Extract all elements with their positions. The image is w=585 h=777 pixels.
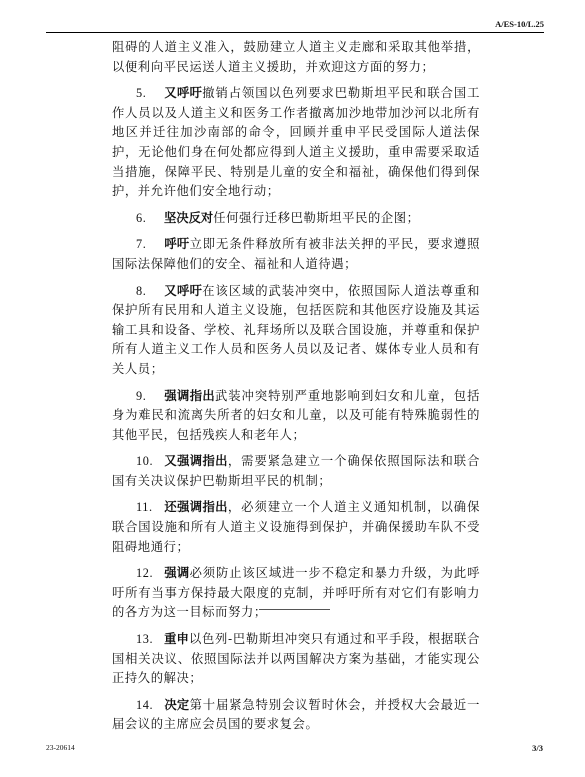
operative-keyword: 强调 [164, 566, 190, 580]
paragraph-number: 13. [136, 630, 164, 650]
paragraph-6: 6.坚决反对任何强行迁移巴勒斯坦平民的企图； [112, 209, 480, 229]
paragraph-9: 9.强调指出武装冲突特别严重地影响到妇女和儿童，包括身为难民和流离失所者的妇女和… [112, 387, 480, 446]
document-number: 23-20614 [46, 743, 75, 752]
document-symbol: A/ES-10/L.25 [495, 19, 544, 29]
end-of-document-rule [259, 609, 330, 610]
paragraph-number: 7. [136, 235, 164, 255]
operative-keyword: 重申 [164, 632, 189, 646]
paragraph-text: 撤销占领国以色列要求巴勒斯坦平民和联合国工作人员以及人道主义和医务工作者撤离加沙… [112, 86, 480, 198]
paragraph-number: 14. [136, 696, 164, 716]
paragraph-text: 任何强行迁移巴勒斯坦平民的企图； [213, 211, 419, 225]
header-rule [46, 32, 544, 33]
paragraph-5: 5.又呼吁撤销占领国以色列要求巴勒斯坦平民和联合国工作人员以及人道主义和医务工作… [112, 84, 480, 202]
paragraph-13: 13.重申以色列-巴勒斯坦冲突只有通过和平手段，根据联合国相关决议、依照国际法并… [112, 630, 480, 689]
operative-keyword: 强调指出 [164, 389, 215, 403]
paragraph-number: 5. [136, 84, 164, 104]
paragraph-11: 11.还强调指出，必须建立一个人道主义通知机制，以确保联合国设施和所有人道主义设… [112, 498, 480, 557]
paragraph-10: 10.又强调指出，需要紧急建立一个确保依照国际法和联合国有关决议保护巴勒斯坦平民… [112, 452, 480, 491]
operative-keyword: 决定 [164, 698, 190, 712]
paragraph-7: 7.呼吁立即无条件释放所有被非法关押的平民，要求遵照国际法保障他们的安全、福祉和… [112, 235, 480, 274]
paragraph-number: 10. [136, 452, 164, 472]
operative-keyword: 还强调指出 [164, 500, 228, 514]
paragraph-number: 6. [136, 209, 164, 229]
operative-keyword: 坚决反对 [164, 211, 213, 225]
paragraph-8: 8.又呼吁在该区域的武装冲突中，依照国际人道法尊重和保护所有民用和人道主义设施，… [112, 282, 480, 380]
page-number: 3/3 [532, 743, 543, 753]
operative-keyword: 呼吁 [164, 237, 190, 251]
document-body: 阻碍的人道主义准入，鼓励建立人道主义走廊和采取其他举措，以便利向平民运送人道主义… [112, 38, 480, 742]
paragraph-14: 14.决定第十届紧急特别会议暂时休会，并授权大会最近一届会议的主席应会员国的要求… [112, 696, 480, 735]
paragraph-12: 12.强调必须防止该区域进一步不稳定和暴力升级，为此呼吁所有当事方保持最大限度的… [112, 564, 480, 623]
paragraph-number: 12. [136, 564, 164, 584]
paragraph-number: 8. [136, 282, 164, 302]
operative-keyword: 又呼吁 [164, 86, 202, 100]
paragraph-number: 9. [136, 387, 164, 407]
continuation-paragraph: 阻碍的人道主义准入，鼓励建立人道主义走廊和采取其他举措，以便利向平民运送人道主义… [112, 38, 480, 77]
operative-keyword: 又强调指出 [164, 454, 228, 468]
paragraph-number: 11. [136, 498, 164, 518]
operative-keyword: 又呼吁 [164, 284, 202, 298]
